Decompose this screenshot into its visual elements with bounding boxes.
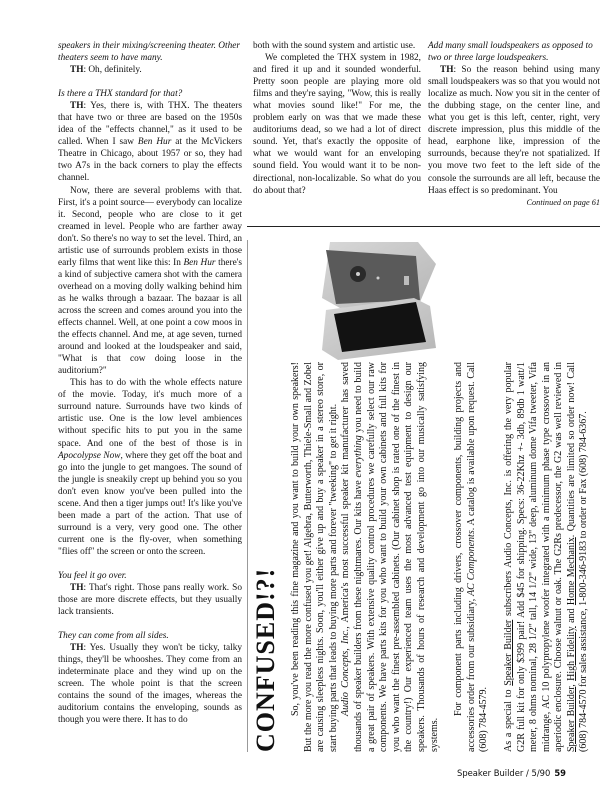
ad-headline: CONFUSED!?! bbox=[252, 362, 280, 752]
paragraph: We completed the THX system in 1982, and… bbox=[253, 52, 421, 197]
publication-label: Speaker Builder / 5/90 bbox=[457, 768, 550, 778]
continued-note: Continued on page 61 bbox=[428, 197, 600, 209]
interview-question: You feel it go over. bbox=[58, 570, 242, 582]
ad-left-rule bbox=[247, 240, 248, 752]
interview-answer: TH: Oh, definitely. bbox=[58, 64, 242, 76]
ad-top-rule bbox=[247, 226, 600, 227]
speaker-cabinet-photo bbox=[308, 238, 448, 362]
interview-answer: TH: That's right. Those pans really work… bbox=[58, 582, 242, 618]
ad-paragraph: For component parts including drivers, c… bbox=[453, 362, 491, 752]
article-column-1: speakers in their mixing/screening theat… bbox=[58, 40, 242, 727]
paragraph: both with the sound system and artistic … bbox=[253, 40, 421, 52]
interview-question: speakers in their mixing/screening theat… bbox=[58, 40, 242, 64]
interview-answer: TH: Yes, there is, with THX. The theater… bbox=[58, 100, 242, 184]
paragraph: This has to do with the whole effects na… bbox=[58, 377, 242, 558]
interview-question: Add many small loudspeakers as opposed t… bbox=[428, 40, 600, 64]
page-footer: Speaker Builder / 5/9059 bbox=[457, 768, 566, 778]
ad-paragraph: So, you've been reading this fine magazi… bbox=[290, 362, 340, 752]
article-column-3: Add many small loudspeakers as opposed t… bbox=[428, 40, 600, 209]
article-column-2: both with the sound system and artistic … bbox=[253, 40, 421, 197]
interview-question: They can come from all sides. bbox=[58, 630, 242, 642]
ad-offer-paragraph: As a special to Speaker Builder subscrib… bbox=[503, 362, 591, 752]
advertisement-confused: CONFUSED!?! So, you've been reading this… bbox=[252, 362, 600, 752]
page-number: 59 bbox=[554, 768, 566, 778]
interview-answer: TH: So the reason behind using many smal… bbox=[428, 64, 600, 197]
interview-question: Is there a THX standard for that? bbox=[58, 88, 242, 100]
ad-paragraph: Audio Concepts, Inc., America's most suc… bbox=[340, 362, 441, 752]
paragraph: Now, there are several problems with tha… bbox=[58, 185, 242, 378]
interview-answer: TH: Yes. Usually they won't be ticky, ta… bbox=[58, 642, 242, 726]
